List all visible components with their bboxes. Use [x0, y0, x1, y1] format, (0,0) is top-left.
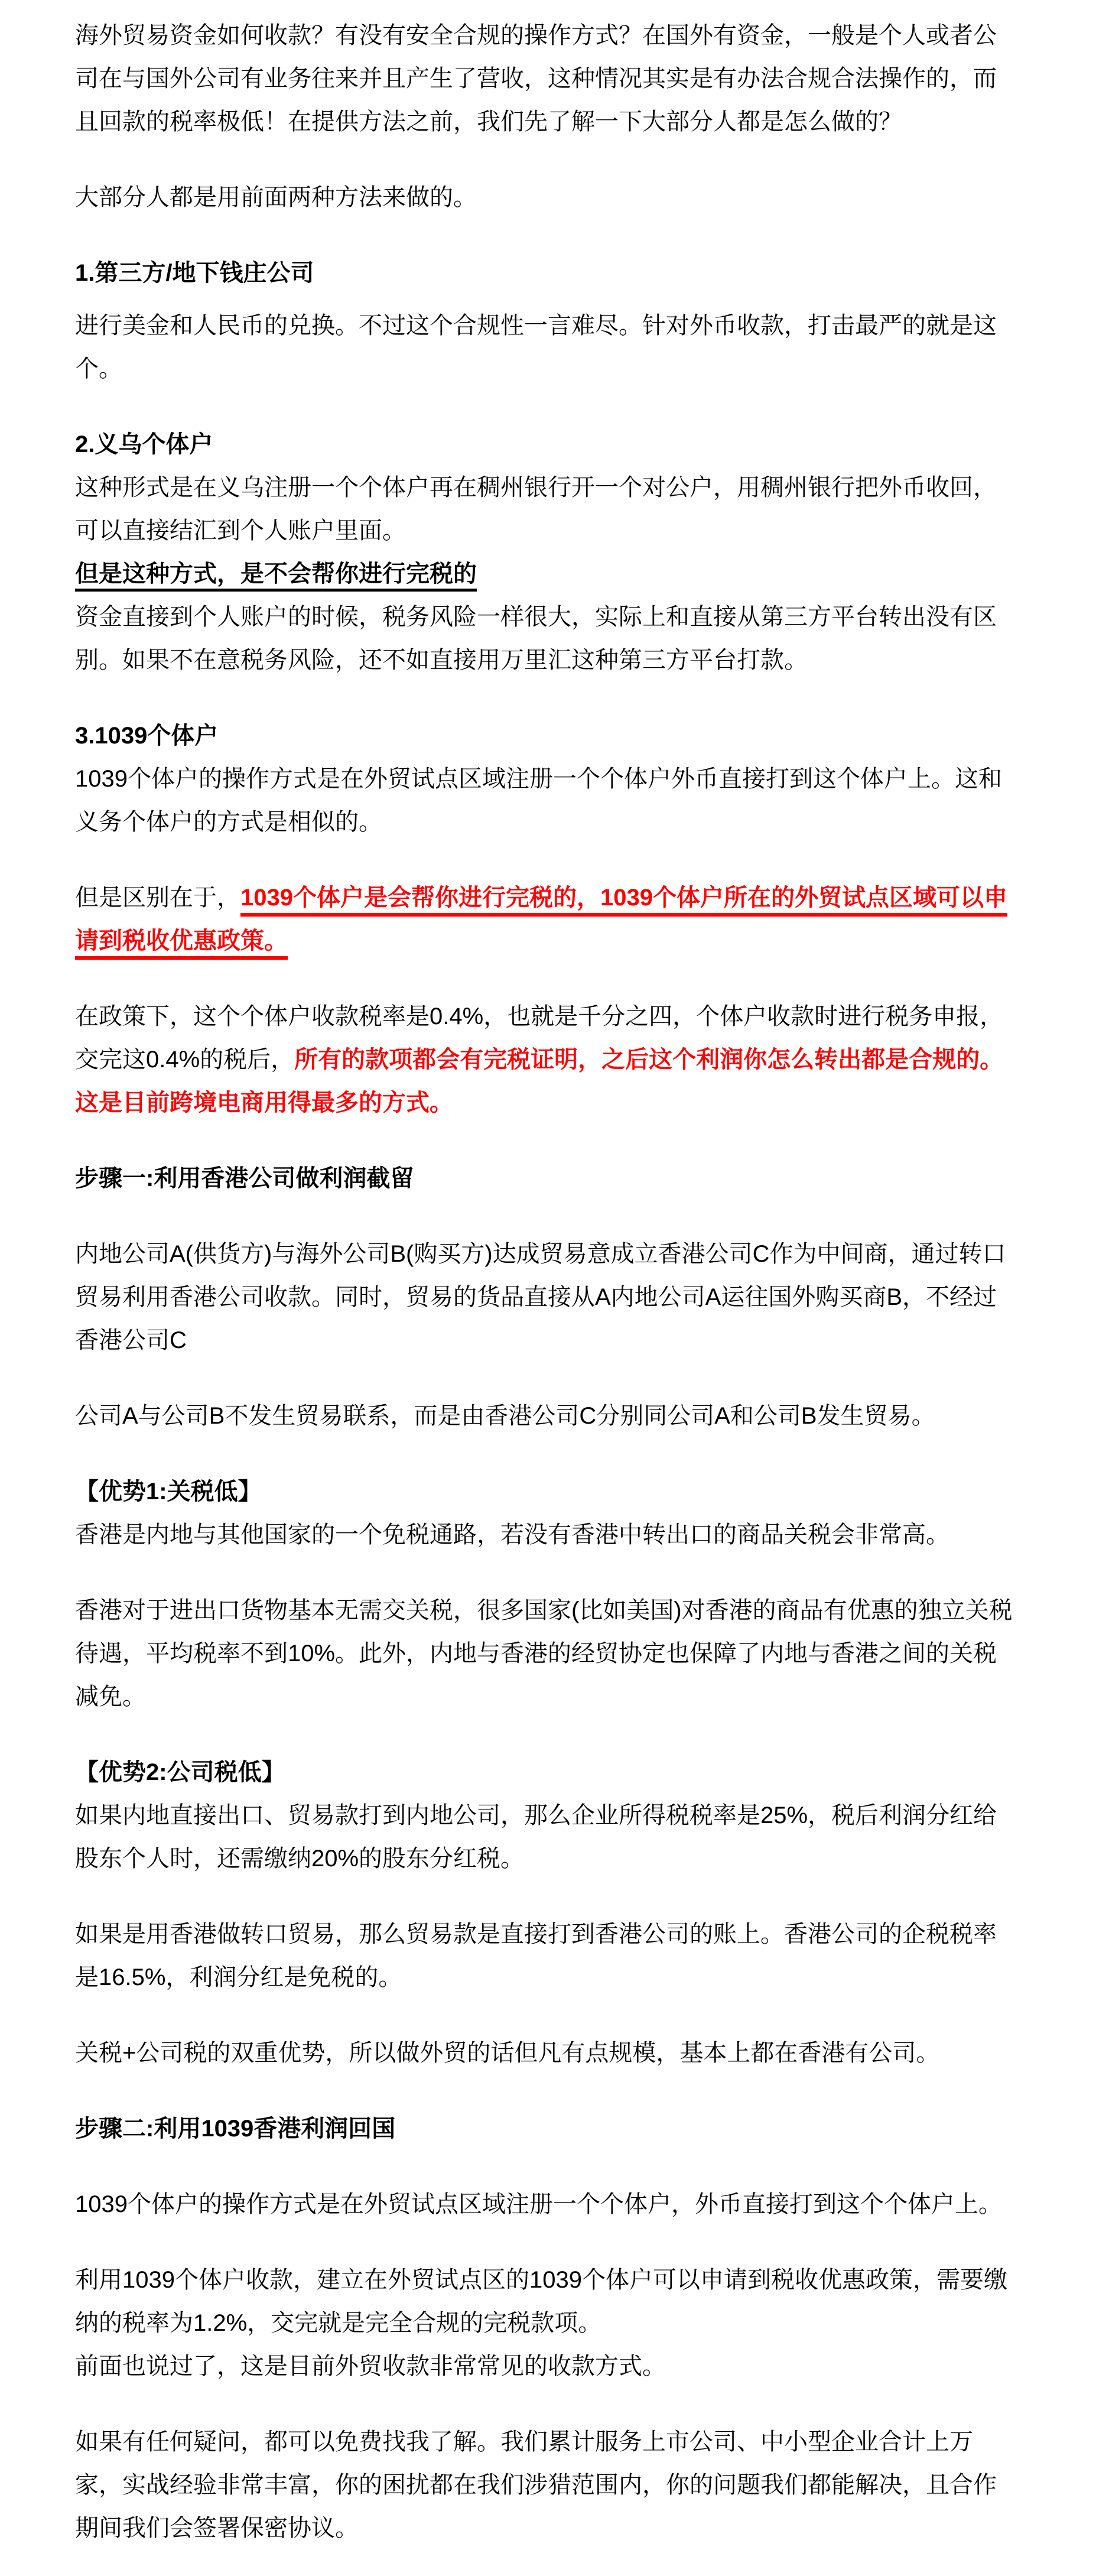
text-run-normal: 【优势1:关税低】 [75, 1479, 262, 1505]
text-run-normal: 前面也说过了，这是目前外贸收款非常常见的收款方式。 [75, 2353, 666, 2379]
text-run-normal: 公司A与公司B不发生贸易联系，而是由香港公司C分别同公司A和公司B发生贸易。 [75, 1403, 935, 1429]
paragraph: 1039个体户的操作方式是在外贸试点区域注册一个个体户外币直接打到这个体户上。这… [75, 758, 1014, 844]
text-run-normal: 1039个体户的操作方式是在外贸试点区域注册一个个体户外币直接打到这个体户上。这… [75, 766, 1002, 835]
paragraph: 内地公司A(供货方)与海外公司B(购买方)达成贸易意成立香港公司C作为中间商，通… [75, 1233, 1014, 1362]
paragraph: 香港是内地与其他国家的一个免税通路，若没有香港中转出口的商品关税会非常高。 [75, 1513, 1014, 1557]
text-run-normal: 大部分人都是用前面两种方法来做的。 [75, 184, 477, 210]
text-run-normal: 关税+公司税的双重优势，所以做外贸的话但凡有点规模，基本上都在香港有公司。 [75, 2040, 939, 2066]
text-run-normal: 但是区别在于， [75, 885, 240, 911]
section-heading: 【优势1:关税低】 [75, 1470, 1014, 1513]
text-run-normal: 2.义乌个体户 [75, 431, 213, 457]
text-run-normal: 1.第三方/地下钱庄公司 [75, 260, 314, 286]
text-run-normal: 香港对于进出口货物基本无需交关税，很多国家(比如美国)对香港的商品有优惠的独立关… [75, 1597, 1013, 1710]
paragraph: 这种形式是在义乌注册一个个体户再在稠州银行开一个对公户，用稠州银行把外币收回，可… [75, 466, 1014, 553]
text-run-normal: 内地公司A(供货方)与海外公司B(购买方)达成贸易意成立香港公司C作为中间商，通… [75, 1241, 1006, 1353]
document: 海外贸易资金如何收款？有没有安全合规的操作方式？在国外有资金，一般是个人或者公司… [0, 0, 1096, 2576]
text-run-normal: 如果有任何疑问，都可以免费找我了解。我们累计服务上市公司、中小型企业合计上万家，… [75, 2429, 997, 2541]
paragraph: 利用1039个体户收款，建立在外贸试点区的1039个体户可以申请到税收优惠政策，… [75, 2259, 1014, 2345]
paragraph: 进行美金和人民币的兑换。不过这个合规性一言难尽。针对外币收款，打击最严的就是这个… [75, 304, 1014, 391]
page: { "page": { "background": "#ffffff", "te… [0, 0, 1096, 2576]
paragraph: 但是这种方式，是不会帮你进行完税的 [75, 553, 1014, 596]
text-run-normal: 这种形式是在义乌注册一个个体户再在稠州银行开一个对公户，用稠州银行把外币收回，可… [75, 475, 997, 544]
section-heading: 3.1039个体户 [75, 714, 1014, 758]
text-run-normal: 如果内地直接出口、贸易款打到内地公司，那么企业所得税税率是25%，税后利润分红给… [75, 1802, 997, 1872]
text-run-normal: 香港是内地与其他国家的一个免税通路，若没有香港中转出口的商品关税会非常高。 [75, 1522, 949, 1548]
text-run-normal: 海外贸易资金如何收款？有没有安全合规的操作方式？在国外有资金，一般是个人或者公司… [75, 22, 997, 135]
section-heading: 2.义乌个体户 [75, 423, 1014, 466]
paragraph: 在政策下，这个个体户收款税率是0.4%，也就是千分之四，个体户收款时进行税务申报… [75, 995, 1014, 1125]
text-run-normal: 如果是用香港做转口贸易，那么贸易款是直接打到香港公司的账上。香港公司的企税税率是… [75, 1921, 997, 1990]
paragraph: 如果是用香港做转口贸易，那么贸易款是直接打到香港公司的账上。香港公司的企税税率是… [75, 1913, 1014, 1999]
paragraph: 关税+公司税的双重优势，所以做外贸的话但凡有点规模，基本上都在香港有公司。 [75, 2032, 1014, 2075]
text-run-normal: 进行美金和人民币的兑换。不过这个合规性一言难尽。针对外币收款，打击最严的就是这个… [75, 313, 997, 382]
section-heading: 步骤一:利用香港公司做利润截留 [75, 1157, 1014, 1200]
paragraph: 如果内地直接出口、贸易款打到内地公司，那么企业所得税税率是25%，税后利润分红给… [75, 1794, 1014, 1880]
text-run-boldline: 但是这种方式，是不会帮你进行完税的 [75, 561, 477, 587]
paragraph: 海外贸易资金如何收款？有没有安全合规的操作方式？在国外有资金，一般是个人或者公司… [75, 14, 1014, 144]
text-run-normal: 3.1039个体户 [75, 723, 218, 749]
article-body: 海外贸易资金如何收款？有没有安全合规的操作方式？在国外有资金，一般是个人或者公司… [75, 14, 1014, 2550]
paragraph: 资金直接到个人账户的时候，税务风险一样很大，实际上和直接从第三方平台转出没有区别… [75, 596, 1014, 682]
text-run-normal: 步骤二:利用1039香港利润回国 [75, 2116, 395, 2142]
text-run-normal: 资金直接到个人账户的时候，税务风险一样很大，实际上和直接从第三方平台转出没有区别… [75, 604, 997, 673]
paragraph: 前面也说过了，这是目前外贸收款非常常见的收款方式。 [75, 2345, 1014, 2388]
text-run-normal: 利用1039个体户收款，建立在外贸试点区的1039个体户可以申请到税收优惠政策，… [75, 2267, 1007, 2336]
text-run-normal: 【优势2:公司税低】 [75, 1759, 285, 1785]
section-heading: 【优势2:公司税低】 [75, 1751, 1014, 1794]
paragraph: 大部分人都是用前面两种方法来做的。 [75, 176, 1014, 219]
section-heading: 步骤二:利用1039香港利润回国 [75, 2107, 1014, 2151]
paragraph: 1039个体户的操作方式是在外贸试点区域注册一个个体户，外币直接打到这个个体户上… [75, 2183, 1014, 2226]
section-heading: 1.第三方/地下钱庄公司 [75, 252, 1014, 295]
text-run-normal: 1039个体户的操作方式是在外贸试点区域注册一个个体户，外币直接打到这个个体户上… [75, 2191, 1002, 2217]
paragraph: 但是区别在于，1039个体户是会帮你进行完税的，1039个体户所在的外贸试点区域… [75, 876, 1014, 963]
paragraph: 如果有任何疑问，都可以免费找我了解。我们累计服务上市公司、中小型企业合计上万家，… [75, 2421, 1014, 2550]
paragraph: 公司A与公司B不发生贸易联系，而是由香港公司C分别同公司A和公司B发生贸易。 [75, 1395, 1014, 1438]
paragraph: 香港对于进出口货物基本无需交关税，很多国家(比如美国)对香港的商品有优惠的独立关… [75, 1589, 1014, 1719]
text-run-normal: 步骤一:利用香港公司做利润截留 [75, 1165, 414, 1191]
